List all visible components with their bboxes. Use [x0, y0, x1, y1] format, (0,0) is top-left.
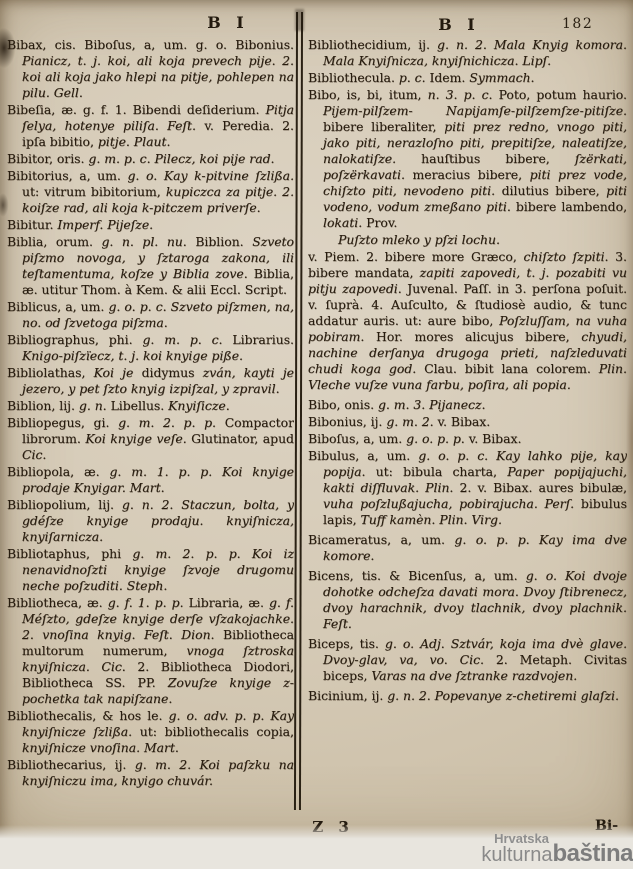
- italic-text-segment: Cic.: [22, 447, 46, 462]
- dictionary-entry: Bibax, cis. Biboſus, a, um. g. o. Biboni…: [7, 37, 294, 101]
- italic-text-segment: g. m. 2. p. p.: [118, 415, 225, 430]
- dictionary-entry: Bibliotheca, æ. g. f. 1. p. p. Libraria,…: [7, 595, 294, 707]
- scanned-page: B I B I 182 Bibax, cis. Biboſus, a, um. …: [0, 0, 633, 869]
- dictionary-entry: Bibliothecarius, ij. g. m. 2. Koi paſzku…: [7, 757, 294, 789]
- italic-text-segment: Pijem-pilſzem- Napijamſe-pilſzemſze-piti…: [323, 103, 627, 118]
- italic-text-segment: g. o. Kay k-pitvine ſzlißa.: [127, 168, 294, 183]
- roman-text-segment: Poto, potum haurio.: [499, 87, 627, 102]
- roman-text-segment: Idem.: [429, 70, 469, 85]
- dictionary-entry: Biblicus, a, um. g. o. p. c. Szveto piſz…: [7, 299, 294, 331]
- dictionary-entry: Bibeſia, æ. g. f. 1. Bibendi deſiderium.…: [7, 102, 294, 150]
- italic-text-segment: g. m. p. c.: [142, 332, 232, 347]
- roman-text-segment: Bibitorius, a, um.: [7, 168, 127, 183]
- paper-background: B I B I 182 Bibax, cis. Biboſus, a, um. …: [0, 0, 633, 840]
- roman-text-segment: Bibliographus, phi.: [7, 332, 142, 347]
- dictionary-entry: Bibo, onis. g. m. 3. Pijanecz.: [308, 397, 627, 413]
- roman-text-segment: v. Piem. 2. bibere more Græco,: [308, 249, 523, 264]
- italic-text-segment: Koi je: [94, 365, 142, 380]
- dictionary-entry: Bibliotaphus, phi g. m. 2. p. p. Koi iz …: [7, 546, 294, 594]
- roman-text-segment: Librarius.: [232, 332, 294, 347]
- watermark-bastina: baština: [552, 840, 633, 867]
- roman-text-segment: Hor. mores alicujus bibere,: [376, 329, 581, 344]
- italic-text-segment: Varas na dve ſztranke razdvojen.: [371, 668, 577, 683]
- roman-text-segment: bibere lambendo,: [516, 199, 627, 214]
- italic-text-segment: lokati.: [323, 215, 366, 230]
- dictionary-entry: Bibliothecula. p. c. Idem. Symmach.: [308, 70, 627, 86]
- roman-text-segment: Bibitur.: [7, 217, 57, 232]
- roman-text-segment: Bibeſia, æ. g. f. 1. Bibendi deſiderium.: [7, 102, 265, 117]
- italic-text-segment: vuha poſzlußajucha, pobirajucha. Perſ.: [323, 496, 581, 511]
- dictionary-entry: Biboſus, a, um. g. o. p. p. v. Bibax.: [308, 431, 627, 447]
- italic-text-segment: p. c.: [399, 70, 430, 85]
- roman-text-segment: v. Bibax.: [469, 431, 522, 446]
- roman-text-segment: dilutius bibere,: [502, 183, 607, 198]
- roman-text-segment: 2. v. Bibax. aures bibulæ,: [460, 480, 628, 495]
- italic-text-segment: g. m. p. c. Pilecz, koi pije rad.: [88, 151, 274, 166]
- roman-text-segment: hauſtibus bibere,: [421, 151, 575, 166]
- italic-text-segment: g. m. 3. Pijanecz.: [378, 397, 485, 412]
- roman-text-segment: Bibliothecidium, ij.: [308, 37, 437, 52]
- dictionary-entry: Biblia, orum. g. n. pl. nu. Biblion. Szv…: [7, 234, 294, 298]
- roman-text-segment: ut: vitrum bibitorium,: [22, 184, 166, 199]
- dictionary-entry: Bibliolathas, Koi je didymus zván, kayti…: [7, 365, 294, 397]
- watermark-kulturna: kulturna: [481, 844, 552, 866]
- roman-text-segment: didymus: [142, 365, 203, 380]
- roman-text-segment: Bicameratus, a, um.: [308, 532, 454, 547]
- roman-text-segment: Bibliothecalis, & hos le.: [7, 708, 169, 723]
- roman-text-segment: Prov.: [366, 215, 397, 230]
- dictionary-entry: Bibo, is, bi, itum, n. 3. p. c. Poto, po…: [308, 87, 627, 231]
- catchword: Bi-: [595, 818, 618, 834]
- roman-text-segment: Bibulus, a, um.: [308, 448, 418, 463]
- signature-mark: Z 3: [304, 818, 362, 836]
- proverb-line: Puſzto mleko y pſzi lochu.: [308, 232, 627, 248]
- dictionary-entry: Bibitor, oris. g. m. p. c. Pilecz, koi p…: [7, 151, 294, 167]
- roman-text-segment: Bibliotaphus, phi: [7, 546, 132, 561]
- roman-text-segment: Bicens, tis. & Bicenſus, a, um.: [308, 568, 526, 583]
- dictionary-entry: Bibitur. Imperf. Pijeſze.: [7, 217, 294, 233]
- roman-text-segment: Biblicus, a, um.: [7, 299, 108, 314]
- watermark: Hrvatska kulturnabaština: [481, 833, 633, 866]
- dictionary-entry: Biceps, tis. g. o. Adj. Sztvár, koja ima…: [308, 636, 627, 684]
- italic-text-segment: knyiſnicze vnoſina. Mart.: [22, 740, 179, 755]
- roman-text-segment: Biblion, lij.: [7, 398, 79, 413]
- italic-text-segment: n. 3. p. c.: [428, 87, 499, 102]
- dictionary-entry: Bicinium, ij. g. n. 2. Popevanye z-cheti…: [308, 688, 627, 704]
- dictionary-entry: Bibliopola, æ. g. m. 1. p. p. Koi knyige…: [7, 464, 294, 496]
- italic-text-segment: Imperf. Pijeſze.: [57, 217, 153, 232]
- roman-text-segment: Bibliothecarius, ij.: [7, 757, 135, 772]
- dictionary-entry: Bicens, tis. & Bicenſus, a, um. g. o. Ko…: [308, 568, 627, 632]
- italic-text-segment: pitje. Plaut.: [98, 134, 171, 149]
- dictionary-entry: Bibliopolium, lij. g. n. 2. Staczun, bol…: [7, 497, 294, 545]
- left-column: Bibax, cis. Biboſus, a, um. g. o. Biboni…: [7, 37, 294, 811]
- italic-text-segment: g. n.: [79, 398, 111, 413]
- roman-text-segment: Bibliopolium, lij.: [7, 497, 122, 512]
- roman-text-segment: Glutinator, apud: [191, 431, 294, 446]
- column-divider-rule: [294, 12, 303, 810]
- italic-text-segment: Koi knyige veſe.: [85, 431, 191, 446]
- dictionary-entry: Bibliothecidium, ij. g. n. 2. Mala Knyig…: [308, 37, 627, 69]
- dictionary-entry: Biblion, lij. g. n. Libellus. Knyiſicze.: [7, 398, 294, 414]
- right-column: Bibliothecidium, ij. g. n. 2. Mala Knyig…: [308, 37, 627, 811]
- roman-text-segment: ut: bibliothecalis copia,: [140, 724, 294, 739]
- italic-text-segment: Knigo-piſzïecz, t. j. koi knyige piße.: [22, 348, 243, 363]
- dictionary-entry: Bibitorius, a, um. g. o. Kay k-pitvine ſ…: [7, 168, 294, 216]
- roman-text-segment: Bibo, is, bi, itum,: [308, 87, 428, 102]
- dictionary-entry: Bibliothecalis, & hos le. g. o. adv. p. …: [7, 708, 294, 756]
- column-header-left: B I: [186, 13, 270, 32]
- roman-text-segment: Biboſus, a, um.: [308, 431, 406, 446]
- italic-text-segment: chiſzto ſzpiti.: [523, 249, 615, 264]
- roman-text-segment: bibere liberaliter,: [323, 119, 444, 134]
- italic-text-segment: g. n. pl. nu.: [101, 234, 195, 249]
- dictionary-entry: Bicameratus, a, um. g. o. p. p. Kay ima …: [308, 532, 627, 564]
- italic-text-segment: Tuff kamèn. Plin. Virg.: [360, 512, 501, 527]
- dictionary-entry: v. Piem. 2. bibere more Græco, chiſzto ſ…: [308, 249, 627, 393]
- roman-text-segment: Clau. bibit lana colorem.: [424, 361, 599, 376]
- roman-text-segment: Biblion.: [195, 234, 252, 249]
- roman-text-segment: Bibonius, ij.: [308, 414, 386, 429]
- column-header-right: B I: [428, 15, 490, 34]
- roman-text-segment: ut: bibula charta,: [376, 464, 508, 479]
- roman-text-segment: Bibliopegus, gi.: [7, 415, 118, 430]
- roman-text-segment: Bibliolathas,: [7, 365, 94, 380]
- roman-text-segment: Bibitor, oris.: [7, 151, 88, 166]
- dictionary-entry: Bibliopegus, gi. g. m. 2. p. p. Compacto…: [7, 415, 294, 463]
- roman-text-segment: v. Bibax.: [438, 414, 491, 429]
- italic-text-segment: Knyiſicze.: [168, 398, 230, 413]
- watermark-line2: kulturnabaština: [481, 843, 633, 866]
- dictionary-entry: Bibonius, ij. g. m. 2. v. Bibax.: [308, 414, 627, 430]
- italic-text-segment: Symmach.: [469, 70, 534, 85]
- italic-text-segment: Pianicz, t. j. koi, ali koja prevech pij…: [22, 53, 294, 100]
- italic-text-segment: g. f. 1. p. p.: [108, 595, 189, 610]
- roman-text-segment: Libraria, æ.: [189, 595, 269, 610]
- italic-text-segment: g. n. 2. Popevanye z-chetiremi glaſzi.: [387, 688, 619, 703]
- italic-text-segment: Puſzto mleko y pſzi lochu.: [338, 232, 500, 247]
- roman-text-segment: Biblia, orum.: [7, 234, 101, 249]
- dictionary-entry: Bibulus, a, um. g. o. p. c. Kay lahko pi…: [308, 448, 627, 528]
- roman-text-segment: Bibo, onis.: [308, 397, 378, 412]
- dictionary-entry: Bibliographus, phi. g. m. p. c. Librariu…: [7, 332, 294, 364]
- italic-text-segment: g. m. 2.: [386, 414, 437, 429]
- roman-text-segment: Bibliotheca, æ.: [7, 595, 108, 610]
- roman-text-segment: Bibax, cis. Biboſus, a, um. g. o. Biboni…: [7, 37, 294, 52]
- roman-text-segment: Libellus.: [111, 398, 169, 413]
- roman-text-segment: Bicinium, ij.: [308, 688, 387, 703]
- roman-text-segment: meracius bibere,: [413, 167, 530, 182]
- roman-text-segment: Bibliopola, æ.: [7, 464, 109, 479]
- roman-text-segment: Biceps, tis.: [308, 636, 385, 651]
- page-number: 182: [562, 16, 593, 32]
- italic-text-segment: g. o. p. p.: [406, 431, 469, 446]
- roman-text-segment: Bibliothecula.: [308, 70, 399, 85]
